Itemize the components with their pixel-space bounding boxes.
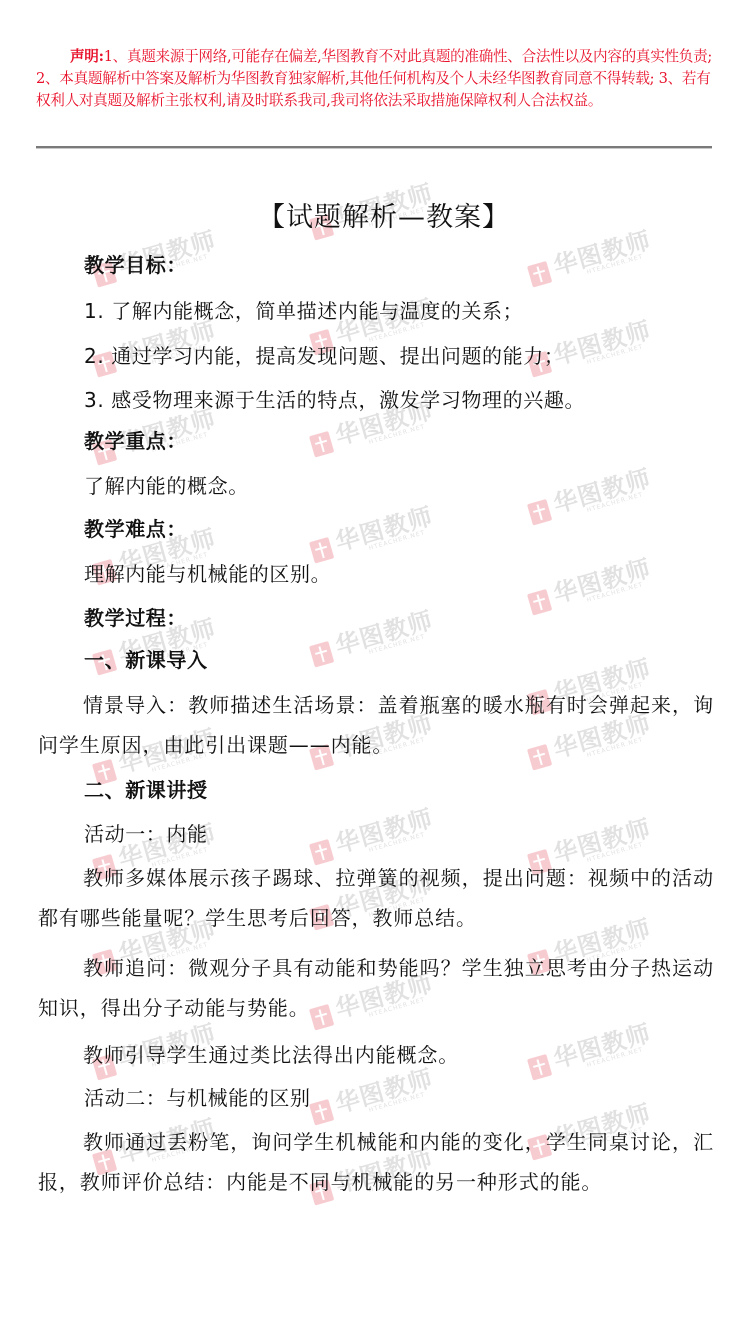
watermark-logo-icon: [309, 431, 334, 458]
watermark-subtext: HTEACHER.NET: [368, 1089, 437, 1114]
watermark-subtext: HTEACHER.NET: [368, 421, 437, 446]
objective-item: 3. 感受物理来源于生活的特点，激发学习物理的兴趣。: [84, 385, 585, 415]
watermark-logo-icon: [527, 261, 552, 288]
key-point-heading: 教学重点：: [84, 426, 187, 456]
section-intro-paragraph: 情景导入：教师描述生活场景：盖着瓶塞的暖水瓶有时会弹起来，询问学生原因，由此引出…: [38, 685, 714, 765]
watermark-text: 华图教师: [551, 466, 654, 517]
watermark-subtext: HTEACHER.NET: [368, 631, 437, 656]
watermark-text: 华图教师: [551, 556, 654, 607]
watermark-subtext: HTEACHER.NET: [368, 829, 437, 854]
watermark-text: 华图教师: [333, 504, 436, 555]
watermark: 华图教师HTEACHER.NET: [308, 1066, 437, 1130]
activity1-paragraph: 教师追问：微观分子具有动能和势能吗？学生独立思考由分子热运动知识，得出分子动能与…: [38, 948, 714, 1028]
watermark-logo-icon: [527, 499, 552, 526]
section-heading-teaching: 二、新课讲授: [84, 775, 208, 805]
watermark-subtext: HTEACHER.NET: [586, 341, 655, 366]
watermark: 华图教师HTEACHER.NET: [308, 504, 437, 568]
watermark: 华图教师HTEACHER.NET: [308, 608, 437, 672]
objectives-heading: 教学目标：: [84, 250, 187, 280]
page-title: 【试题解析—教案】: [0, 198, 748, 238]
difficulty-heading: 教学难点：: [84, 514, 187, 544]
watermark-logo-icon: [527, 589, 552, 616]
disclaimer-notice: 声明:1、真题来源于网络,可能存在偏差,华图教育不对此真题的准确性、合法性以及内…: [36, 46, 712, 112]
watermark-text: 华图教师: [333, 806, 436, 857]
activity1-paragraph: 教师多媒体展示孩子踢球、拉弹簧的视频，提出问题：视频中的活动都有哪些能量呢？学生…: [38, 858, 714, 938]
watermark-subtext: HTEACHER.NET: [586, 489, 655, 514]
disclaimer-text: 1、真题来源于网络,可能存在偏差,华图教育不对此真题的准确性、合法性以及内容的真…: [36, 48, 712, 109]
key-point-text: 了解内能的概念。: [84, 471, 249, 501]
watermark-subtext: HTEACHER.NET: [586, 579, 655, 604]
header-divider: [36, 146, 712, 149]
watermark: 华图教师HTEACHER.NET: [526, 556, 655, 620]
watermark-text: 华图教师: [333, 608, 436, 659]
watermark: 华图教师HTEACHER.NET: [526, 466, 655, 530]
difficulty-text: 理解内能与机械能的区别。: [84, 559, 331, 589]
watermark-subtext: HTEACHER.NET: [368, 527, 437, 552]
watermark-logo-icon: [309, 641, 334, 668]
objective-item: 1. 了解内能概念，简单描述内能与温度的关系；: [84, 296, 523, 326]
section-heading-intro: 一、新课导入: [84, 645, 208, 675]
activity1-heading: 活动一：内能: [84, 819, 208, 849]
activity2-paragraph: 教师通过丢粉笔，询问学生机械能和内能的变化，学生同桌讨论，汇报，教师评价总结：内…: [38, 1122, 714, 1202]
disclaimer-lead: 声明:: [70, 48, 104, 65]
activity1-paragraph: 教师引导学生通过类比法得出内能概念。: [38, 1035, 714, 1075]
process-heading: 教学过程：: [84, 603, 187, 633]
watermark-subtext: HTEACHER.NET: [586, 251, 655, 276]
watermark-text: 华图教师: [551, 318, 654, 369]
activity2-heading: 活动二：与机械能的区别: [84, 1083, 311, 1113]
objective-item: 2. 通过学习内能，提高发现问题、提出问题的能力；: [84, 341, 564, 371]
